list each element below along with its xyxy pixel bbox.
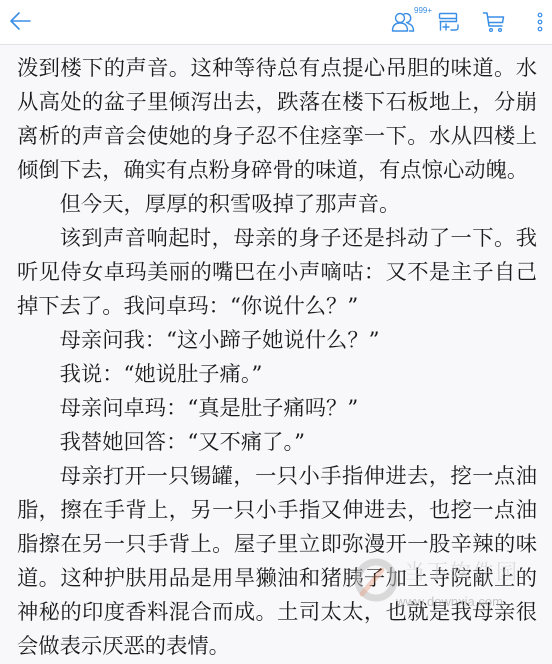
cart-icon[interactable]	[482, 11, 506, 33]
top-toolbar: 999+	[0, 0, 552, 45]
bookshelf-add-icon[interactable]	[438, 12, 460, 32]
more-vertical-icon[interactable]	[536, 11, 544, 33]
people-count-badge: 999+	[414, 7, 432, 15]
paragraph: 我替她回答：“又不痛了。”	[17, 426, 537, 460]
paragraph: 我说：“她说肚子痛。”	[17, 358, 537, 392]
paragraph: 泼到楼下的声音。这种等待总有点提心吊胆的味道。水从高处的盆子里倾泻出去，跌落在楼…	[17, 52, 537, 188]
paragraph: 母亲问我：“这小蹄子她说什么？”	[17, 324, 537, 358]
paragraph: 母亲打开一只锡罐，一只小手指伸进去，挖一点油脂，擦在手背上，另一只小手指又伸进去…	[17, 460, 537, 633]
arrow-left-icon[interactable]	[8, 10, 32, 32]
paragraph: 但今天，厚厚的积雪吸掉了那声音。	[17, 188, 537, 222]
paragraph: 该到声音响起时，母亲的身子还是抖动了一下。我听见侍女卓玛美丽的嘴巴在小声嘀咕：又…	[17, 222, 537, 324]
reading-content[interactable]: 泼到楼下的声音。这种等待总有点提心吊胆的味道。水从高处的盆子里倾泻出去，跌落在楼…	[17, 52, 537, 633]
people-icon[interactable]	[391, 11, 415, 33]
paragraph: 母亲问卓玛：“真是肚子痛吗？”	[17, 392, 537, 426]
